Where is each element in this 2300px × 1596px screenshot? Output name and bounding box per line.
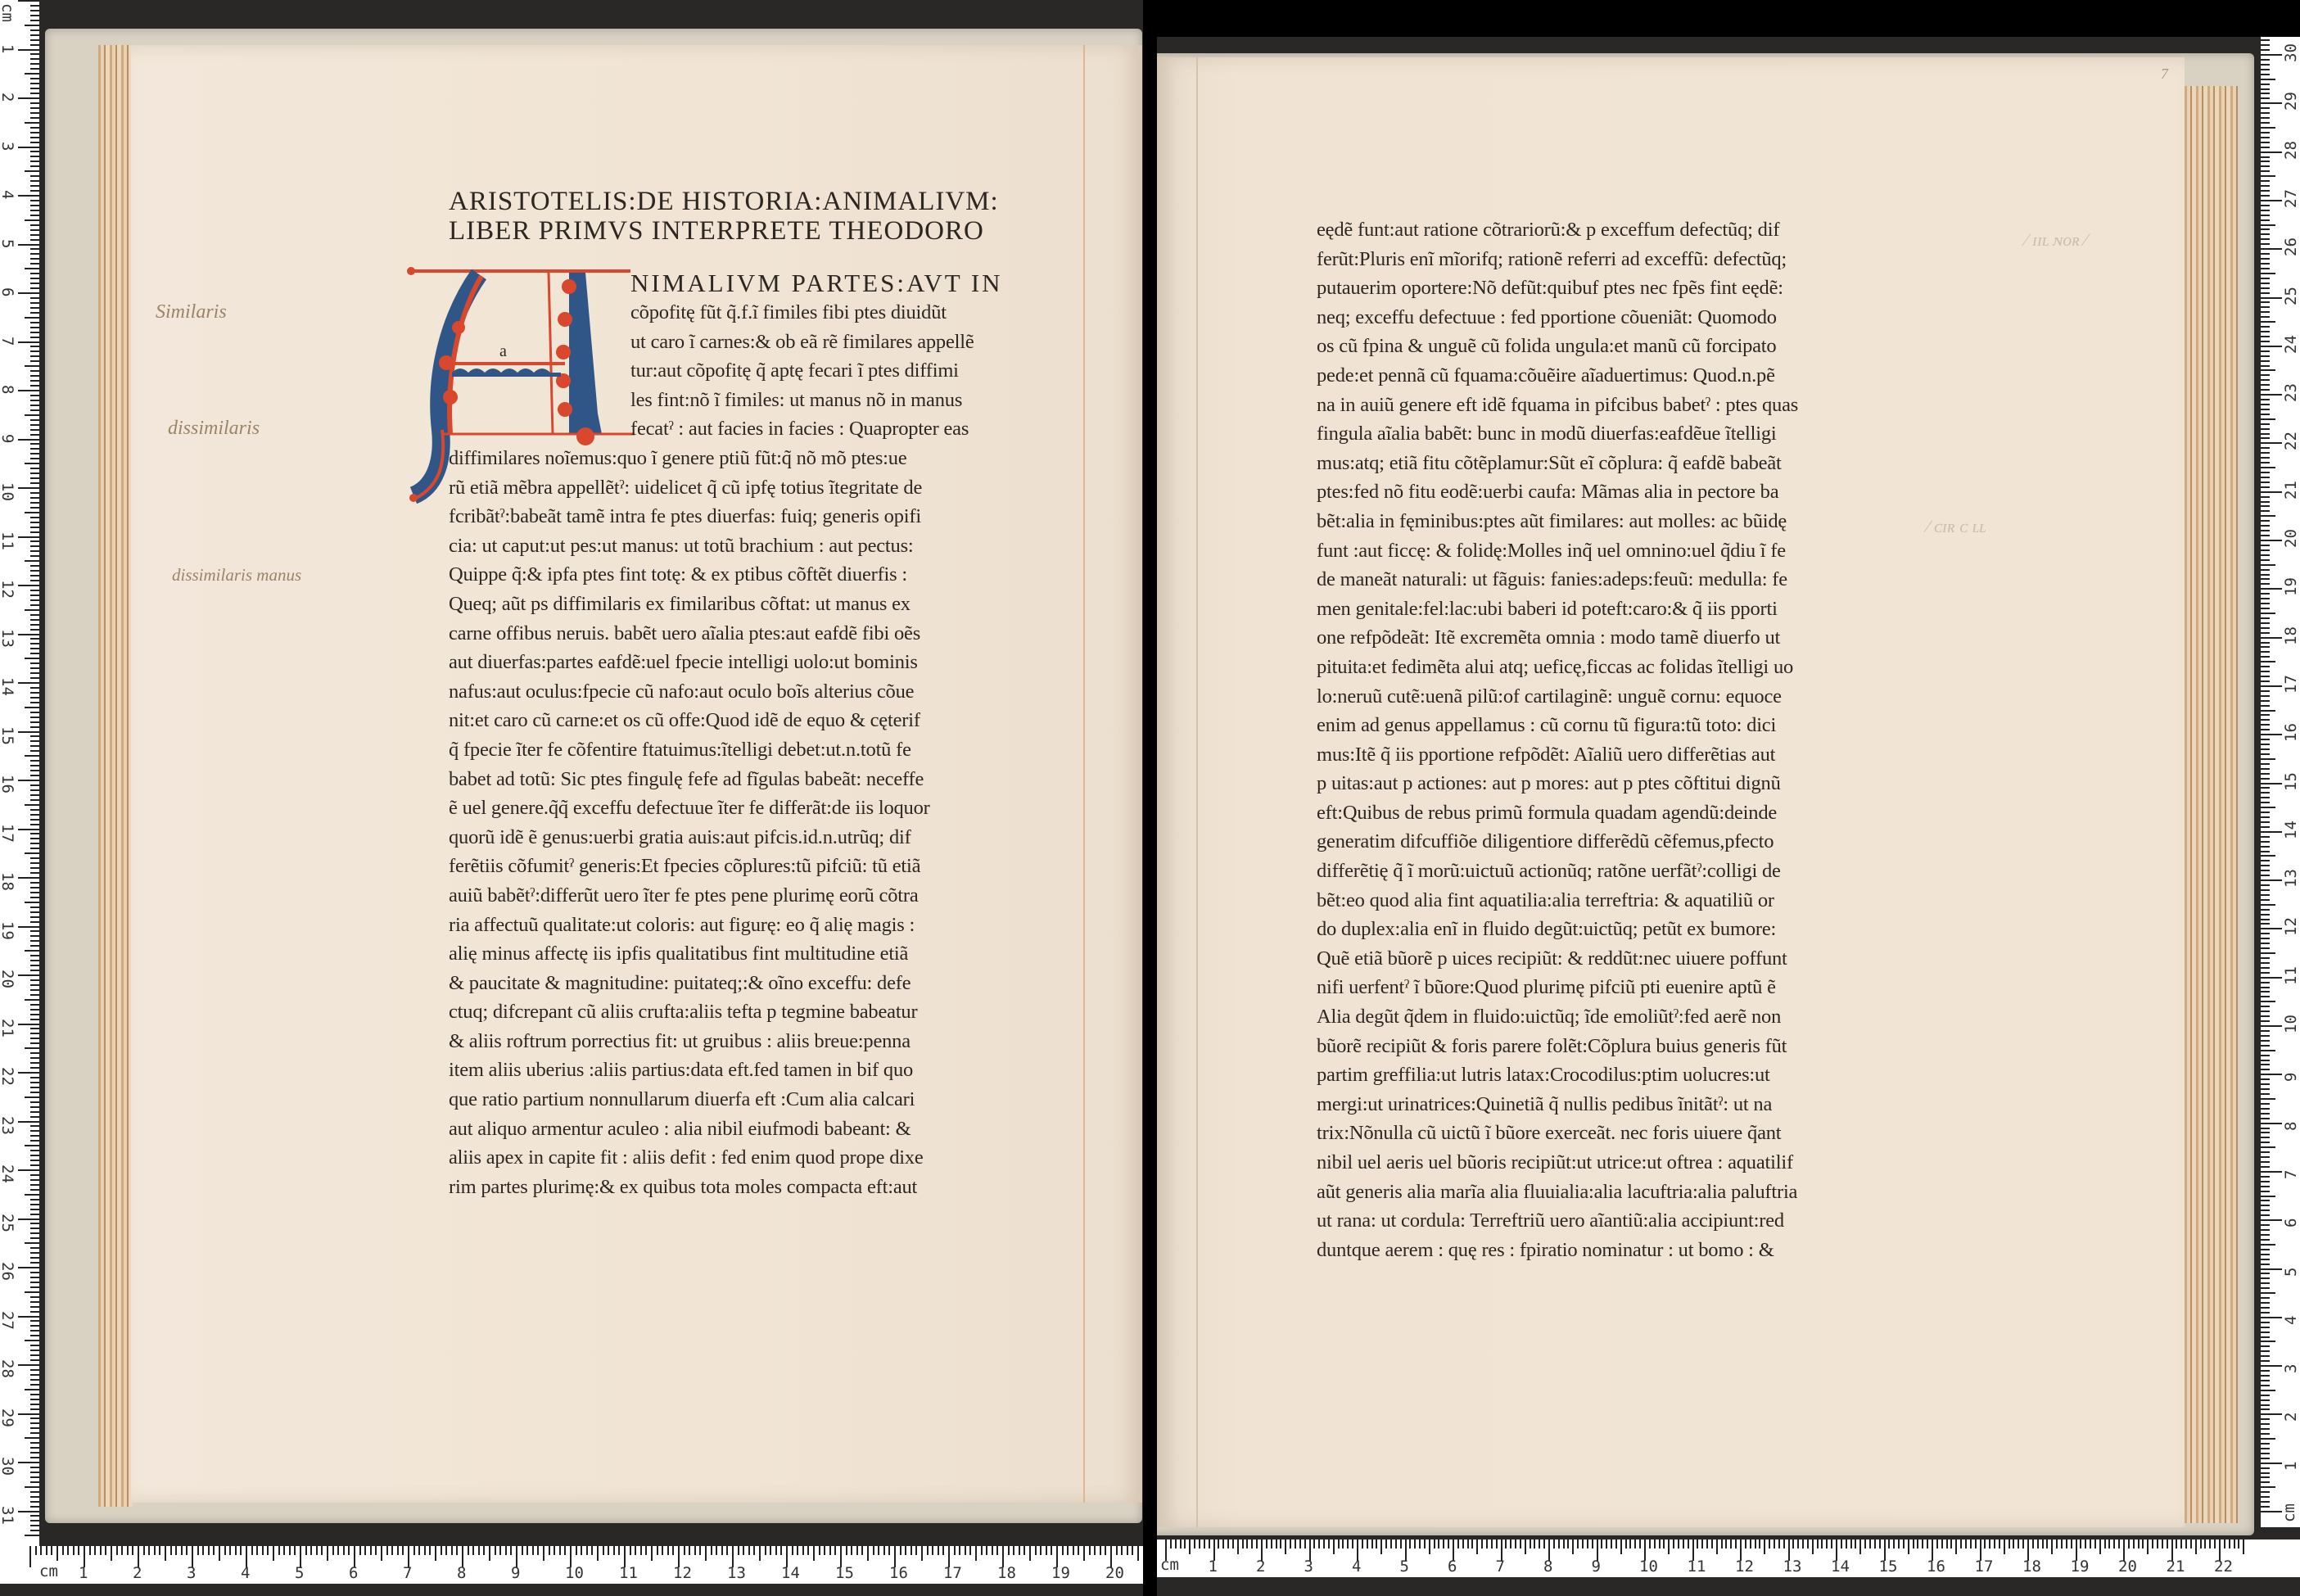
ruler-tick [30,789,39,791]
ruler-tick [2261,783,2282,784]
ruler-tick [2261,301,2270,303]
ruler-tick [1755,1539,1756,1549]
ruler-tick [2261,904,2275,906]
ruler-tick [1073,1546,1074,1555]
ruler-tick [705,1546,707,1561]
ruler-tick [30,843,39,844]
ruler-tick [1429,1539,1430,1554]
ruler-tick [1927,1539,1928,1549]
book-title-heading: ARISTOTELIS:DE HISTORIA:ANIMALIVM: LIBER… [449,187,999,246]
ruler-label: 5 [295,1564,304,1582]
ruler-tick [30,337,39,338]
ruler-tick [1654,1539,1656,1549]
ruler-tick [1105,1546,1106,1555]
ruler-tick [2042,1539,2044,1549]
ruler-tick [2261,79,2275,80]
ruler-label: 15 [835,1564,854,1582]
ruler-label: 9 [1592,1558,1601,1576]
ruler-tick [30,994,39,996]
ruler-tick [2061,1539,2063,1549]
ruler-tick [2243,1539,2244,1554]
ruler-tick [18,1072,39,1074]
ruler-tick [2261,180,2270,182]
ruler-label: 29 [2282,92,2300,111]
ruler-tick [30,1335,39,1336]
ruler-tick [1601,1539,1602,1549]
ruler-tick [1137,1546,1139,1561]
ruler-tick [689,1546,690,1555]
text-line: cia: ut caput:ut pes:ut manus: ut totũ b… [449,531,930,561]
ruler-tick [256,1546,258,1555]
ruler-tick [1683,1539,1684,1549]
ruler-tick [2261,807,2275,808]
ruler-tick [30,332,39,333]
ruler-label: 7 [403,1564,412,1582]
ruler-tick [2261,346,2282,347]
ruler-label: 2 [133,1564,142,1582]
ruler-label: 12 [673,1564,692,1582]
ruler-tick [30,1272,39,1273]
ruler-tick [1089,1546,1091,1555]
ruler-label: 14 [781,1564,800,1582]
ruler-tick [1313,1539,1315,1549]
ruler-tick [30,545,39,547]
ruler-label: 28 [0,1359,16,1378]
ruler-tick [2261,482,2270,483]
ruler-tick [2261,578,2270,580]
ruler-tick [581,1546,582,1555]
ruler-label: 30 [0,1457,16,1476]
ruler-tick [2261,88,2270,90]
ruler-label: 20 [0,970,16,988]
ruler-tick [537,1546,539,1555]
ruler-tick [67,1546,69,1555]
ruler-tick [30,1106,39,1108]
ruler-label: 19 [2071,1558,2090,1576]
ruler-tick [30,127,39,129]
ruler-tick [2261,855,2275,857]
ruler-tick [30,15,39,16]
ruler-tick [18,195,39,197]
ruler-label: 3 [2282,1364,2300,1373]
ruler-tick [543,1546,544,1561]
ruler-tick [2261,1413,2282,1415]
ruler-tick [451,1546,453,1555]
ruler-label: 4 [1352,1558,1361,1576]
ruler-tick [240,1546,242,1555]
ruler-tick [1067,1546,1069,1555]
ruler-tick [2261,287,2270,289]
ruler-tick [1199,1539,1200,1549]
ruler-label: 8 [457,1564,466,1582]
ruler-label: 6 [2282,1218,2300,1228]
ruler-tick [2261,1428,2270,1430]
ruler-tick [30,1379,39,1381]
ruler-tick [25,1242,39,1244]
ruler-tick [834,1546,836,1555]
ruler-tick [116,1546,118,1555]
ruler-tick [364,1546,366,1555]
ruler-tick [445,1546,447,1555]
ruler-tick [30,1442,39,1444]
ruler-tick [1530,1539,1531,1549]
text-line: carne offibus neruis. babẽt uero aĩalia … [449,619,930,649]
ruler-tick [1850,1539,1852,1549]
ruler-tick [2261,268,2270,269]
ruler-tick [1246,1539,1248,1549]
ruler-tick [30,497,39,499]
ruler-tick [30,892,39,893]
ruler-label: 8 [1543,1558,1552,1576]
ruler-tick [30,380,39,382]
ruler-tick [30,1150,39,1151]
ruler-tick [2147,1539,2149,1554]
ruler-tick [645,1546,647,1555]
ruler-tick [608,1546,609,1555]
ruler-tick [2261,816,2270,818]
ruler-tick [25,122,39,124]
ruler-tick [18,487,39,489]
ruler-label: 24 [0,1164,16,1183]
ruler-tick [2261,1317,2282,1318]
ruler-tick [959,1546,960,1555]
ruler-tick [2261,1458,2270,1459]
ruler-tick [18,829,39,830]
ruler-tick [30,1019,39,1020]
ruler-tick [1846,1539,1847,1549]
ruler-tick [2261,812,2270,813]
ruler-tick [1051,1546,1052,1555]
ruler-tick [2261,190,2270,192]
ruler-tick [278,1546,280,1555]
ruler-tick [2261,1045,2270,1047]
ruler-tick [30,107,39,109]
text-line: mus:atq; etiã fitu cõtẽplamur:Sũt eĩ cõp… [1317,449,1798,478]
ruler-unit-label: cm [39,1562,58,1580]
ruler-tick [30,862,39,864]
ruler-tick [2261,39,2270,41]
ruler-tick [2261,734,2282,735]
ruler-tick [30,83,39,84]
ruler-tick [105,1546,106,1555]
ruler-tick [30,468,39,469]
marginal-note: dissimilaris manus [172,565,301,586]
ruler-tick [2261,1156,2270,1158]
ruler-tick [18,780,39,781]
ruler-tick [2261,1448,2270,1449]
ruler-tick [2261,1327,2270,1328]
ruler-tick [40,1546,42,1555]
ruler-tick [1879,1539,1881,1549]
ruler-tick [30,1399,39,1400]
ruler-tick [30,911,39,913]
ruler-tick [2261,414,2270,415]
ruler-tick [30,1350,39,1351]
ruler-tick [418,1546,420,1555]
text-line: & paucitate & magnitudine: puitateq;:& o… [449,969,930,998]
ruler-tick [2261,219,2270,221]
ruler-tick [18,536,39,538]
ruler-label: 16 [2282,723,2300,742]
ruler-tick [235,1546,237,1555]
ruler-tick [2261,1025,2282,1027]
ruler-label: 20 [1105,1564,1124,1582]
ruler-tick [402,1546,404,1555]
ruler-tick [861,1546,863,1555]
ruler-tick [1941,1539,1943,1549]
left-horizontal-ruler: cm 12345678910111213141516171819202122 [0,1546,1143,1584]
ruler-tick [30,882,39,884]
ruler-tick [18,341,39,343]
ruler-tick [30,224,39,226]
ruler-tick [2261,545,2270,546]
ruler-tick [30,1330,39,1332]
ruler-tick [30,726,39,728]
text-line: diffimilares noĩemus:quo ĩ genere ptiũ f… [449,444,930,473]
ruler-tick [965,1546,966,1555]
ruler-tick [18,390,39,391]
ruler-tick [30,1052,39,1054]
ruler-tick [2261,195,2270,197]
ruler-tick [2261,1380,2270,1381]
ruler-tick [1471,1539,1473,1549]
ruler-tick [429,1546,431,1555]
ruler-tick [1367,1539,1368,1549]
ruler-tick [1251,1539,1253,1549]
ruler-label: 2 [0,93,16,102]
ruler-tick [30,409,39,411]
ruler-tick [197,1546,199,1555]
ruler-tick [1380,1539,1382,1554]
ruler-tick [2261,1078,2270,1080]
ruler-tick [576,1546,577,1555]
ruler-tick [30,687,39,689]
ruler-tick [30,210,39,211]
text-line: ctuq; difcrepant cũ aliis crufta:aliis t… [449,997,930,1027]
ruler-tick [748,1546,750,1555]
ruler-tick [2261,467,2275,468]
ruler-label: 17 [943,1564,962,1582]
ruler-tick [18,682,39,684]
ruler-tick [127,1546,129,1555]
ruler-tick [2261,1259,2270,1260]
ruler-tick [2261,884,2270,886]
left-page-body-full: diffimilares noĩemus:quo ĩ genere ptiũ f… [449,444,930,1201]
ruler-tick [2261,1385,2270,1386]
ruler-tick [2261,622,2270,624]
ruler-label: 14 [2282,821,2300,839]
ruler-tick [224,1546,226,1555]
ruler-unit-label: cm [1160,1556,1179,1574]
ruler-tick [2009,1539,2010,1549]
ruler-tick [213,1546,215,1555]
ruler-tick [30,1286,39,1288]
ruler-tick [30,638,39,640]
ruler-tick [1706,1539,1708,1549]
right-page-scan: 7 ⁄ ɪɪʟ ɴoʀ ⁄ ⁄ ᴄɪʀ ᴄ ʟʟ eędẽ funt:aut r… [1157,37,2300,1596]
ruler-tick [327,1546,328,1561]
ruler-tick [30,1252,39,1254]
ruler-tick [2261,617,2270,619]
right-horizontal-ruler: cm 12345678910111213141516171819202122 [1157,1539,2300,1577]
text-line: les fint:nõ ĩ fimiles: ut manus nõ in ma… [630,386,974,415]
ruler-tick [2261,690,2270,692]
ruler-label: 23 [0,1116,16,1135]
ruler-tick [30,68,39,70]
ruler-tick [30,1160,39,1161]
ruler-tick [2261,661,2275,662]
ruler-tick [305,1546,307,1555]
ruler-tick [30,857,39,859]
ruler-tick [262,1546,264,1555]
ruler-tick [559,1546,561,1555]
ruler-tick [2261,836,2270,838]
text-line: eędẽ funt:aut ratione cõtrariorũ:& p exc… [1317,215,1798,245]
ruler-tick [1869,1539,1871,1549]
ruler-tick [2261,987,2270,988]
ruler-tick [30,234,39,236]
ruler-tick [1750,1539,1751,1549]
ruler-tick [2261,1176,2270,1178]
ruler-tick [18,1169,39,1171]
ruler-tick [337,1546,339,1555]
ruler-tick [30,1232,39,1234]
ruler-tick [30,346,39,347]
ruler-tick [1338,1539,1340,1549]
ruler-tick [2261,719,2270,721]
ruler-tick [30,273,39,274]
ruler-tick [2261,112,2270,114]
ruler-tick [1716,1539,1718,1554]
ruler-tick [2261,637,2282,639]
ruler-tick [2104,1539,2106,1549]
ruler-tick [2261,729,2270,730]
ruler-tick [30,1009,39,1010]
ruler-tick [2190,1539,2192,1549]
ruler-tick [2046,1539,2048,1549]
ruler-label: 2 [1256,1558,1265,1576]
ruler-tick [2261,1312,2270,1313]
ruler-tick [25,25,39,26]
ruler-tick [2261,841,2270,843]
ruler-tick [370,1546,372,1555]
ruler-tick [30,672,39,674]
ruler-tick [1414,1539,1416,1549]
ruler-tick [2261,724,2270,726]
ruler-tick [2261,1103,2270,1105]
ruler-tick [30,740,39,742]
left-page-text: NIMALIVM PARTES:AVT IN [630,268,1003,299]
ruler-label: 24 [2282,335,2300,354]
ruler-tick [2261,680,2270,682]
ruler-tick [30,1417,39,1419]
ruler-label: 6 [0,287,16,296]
ruler-tick [2261,1390,2275,1391]
ruler-tick [25,999,39,1001]
ruler-tick [30,1301,39,1303]
ruler-tick [640,1546,642,1555]
ruler-tick [1520,1539,1521,1549]
ruler-tick [2261,442,2282,444]
text-line: funt :aut ficcę: & folidę:Molles inq̃ ue… [1317,536,1798,566]
ruler-tick [30,327,39,328]
ruler-tick [2261,369,2275,371]
ruler-tick [1362,1539,1363,1549]
ruler-tick [1029,1546,1031,1561]
ruler-tick [30,1320,39,1322]
ruler-tick [30,1457,39,1458]
ruler-tick [30,482,39,484]
ruler-tick [711,1546,712,1555]
ruler-tick [915,1546,917,1555]
ruler-tick [30,517,39,518]
ruler-label: 23 [2282,383,2300,402]
ruler-tick [30,550,39,552]
ruler-tick [1180,1539,1182,1549]
ruler-tick [1189,1539,1191,1554]
ruler-tick [2261,1219,2282,1221]
ruler-label: 19 [1051,1564,1070,1582]
text-line: mergi:ut urinatrices:Quinetiã q̃ nullis … [1317,1090,1798,1119]
ruler-label: 10 [1639,1558,1658,1576]
ruler-tick [2261,705,2270,707]
ruler-tick [2085,1539,2086,1549]
ruler-tick [2261,491,2282,493]
ruler-tick [30,419,39,421]
ruler-label: 1 [0,44,16,53]
ruler-tick [2234,1539,2235,1549]
text-line: de maneãt naturali: ut fãguis: fanies:ad… [1317,565,1798,595]
ruler-tick [2261,1282,2270,1284]
ruler-tick [2261,1292,2275,1294]
ruler-tick [2261,321,2275,323]
ruler-tick [2261,1030,2270,1032]
text-line: fingula aĩalia babẽt: bunc in modũ diuer… [1317,419,1798,449]
ruler-tick [30,1130,39,1132]
ruler-tick [2261,355,2270,357]
ruler-tick [1697,1539,1698,1549]
ruler-tick [2261,97,2270,99]
ruler-tick [30,1296,39,1298]
ruler-tick [30,1282,39,1283]
ruler-tick [30,916,39,918]
ruler-tick [30,1467,39,1468]
ruler-tick [2261,510,2270,512]
ruler-tick [2261,1010,2270,1012]
ruler-tick [2094,1539,2096,1549]
ruler-tick [30,697,39,699]
ruler-tick [564,1546,566,1555]
ruler-tick [30,1404,39,1405]
ruler-tick [1295,1539,1296,1549]
text-line: ut caro ĩ carnes:& ob eã rẽ fimilares ap… [630,328,974,357]
ruler-tick [1371,1539,1373,1549]
ruler-tick [2261,525,2270,527]
ruler-tick [2261,1297,2270,1299]
ruler-tick [25,365,39,367]
ruler-tick [30,1033,39,1034]
ruler-tick [2261,59,2270,61]
ruler-tick [30,63,39,65]
ruler-tick [30,1369,39,1371]
ruler-tick [2261,1472,2270,1474]
ruler-tick [1390,1539,1392,1549]
ruler-tick [30,945,39,947]
ruler-tick [2224,1539,2225,1549]
ruler-tick [2261,1355,2270,1357]
ruler-tick [30,1116,39,1118]
ruler-tick [2185,1539,2187,1549]
